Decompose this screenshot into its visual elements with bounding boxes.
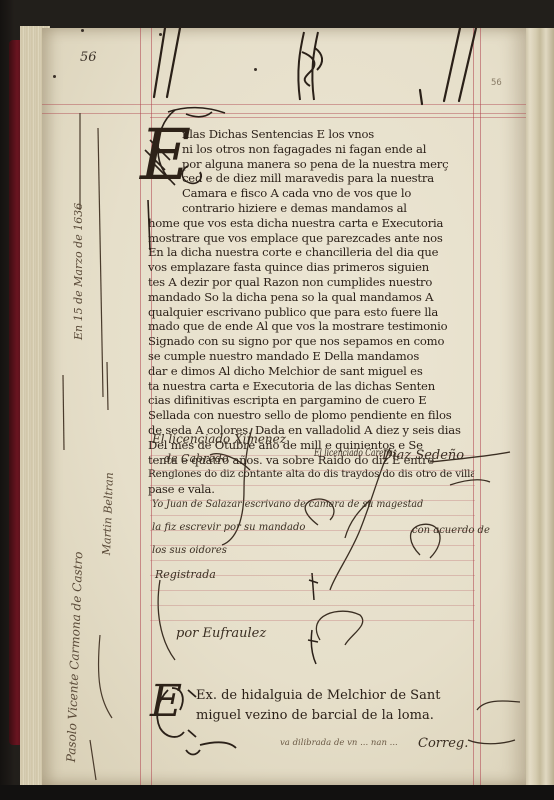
text-line: tes A dezir por qual Razon non cumplides… (148, 275, 474, 290)
text-line: Signado con su signo por que nos sepamos… (148, 334, 474, 349)
footer-decorated-initial: E (150, 676, 182, 727)
ruling-line (150, 470, 475, 471)
ruling-line (150, 620, 475, 621)
text-line: dar e dimos Al dicho Melchior de sant mi… (148, 364, 474, 379)
text-line: contrario hiziere e demas mandamos al (148, 201, 474, 216)
text-line: cias difinitivas escripta en pargamino d… (148, 393, 474, 408)
text-line: mandado So la dicha pena so la qual mand… (148, 290, 474, 305)
footer-small-note: va dilibrada de vn ... nan ... (280, 738, 398, 748)
bottom-shadow (0, 785, 554, 800)
footer-title: Ex. de hidalguia de Melchior de Sant mig… (196, 686, 496, 726)
ruling-line (150, 590, 475, 591)
signature-diaz-sedeno: Diaz Sedeño (382, 448, 464, 463)
footer-title-line: miguel vezino de barcial de la loma. (196, 706, 496, 726)
text-line: mostrare que vos emplace que parezcades … (148, 231, 474, 246)
text-line: ced e de diez mill maravedis para la nue… (148, 171, 474, 186)
text-line: nlas Dichas Sentencias E los vnos (148, 127, 474, 142)
text-line: vos emplazare fasta quince dias primeros… (148, 260, 474, 275)
ruling-line (150, 560, 475, 561)
signature-acuerdo: con acuerdo de (412, 525, 490, 536)
signature-registrada: Registrada (155, 568, 216, 581)
text-line: qualquier escrivano publico que para est… (148, 305, 474, 320)
footer-correction-mark: Correg. (418, 736, 468, 751)
signature-escrivano-line-2: la fiz escrevir por su mandado (152, 522, 305, 533)
signature-oidores: los sus oidores (152, 545, 227, 556)
text-line: ta nuestra carta e Executoria de las dic… (148, 379, 474, 394)
text-line: En la dicha nuestra corte e chancilleria… (148, 245, 474, 260)
signature-escrivano-line-1: Yo Juan de Salazar escrivano de camara d… (152, 499, 423, 510)
ruling-line (150, 485, 475, 486)
text-line: mado que de ende Al que vos la mostrare … (148, 319, 474, 334)
signature-ximenez: El licenciado Ximenez (152, 432, 286, 446)
ruling-line (150, 515, 475, 516)
text-line: ni los otros non fagagades ni fagan ende… (148, 142, 474, 157)
signature-cabredo: de Cabredo (164, 452, 229, 465)
ruling-line (150, 605, 475, 606)
signature-chanciller: por Eufraulez (176, 626, 266, 641)
text-line: se cumple nuestro mandado E Della mandam… (148, 349, 474, 364)
text-line: Sellada con nuestro sello de plomo pendi… (148, 408, 474, 423)
text-line: home que vos esta dicha nuestra carta e … (148, 216, 474, 231)
margin-note-date: En 15 de Marzo de 1636 (72, 203, 85, 340)
text-line: Camara e fisco A cada vno de vos que lo (148, 186, 474, 201)
text-line: por alguna manera so pena de la nuestra … (148, 157, 474, 172)
footer-title-line: Ex. de hidalguia de Melchior de Sant (196, 686, 496, 706)
